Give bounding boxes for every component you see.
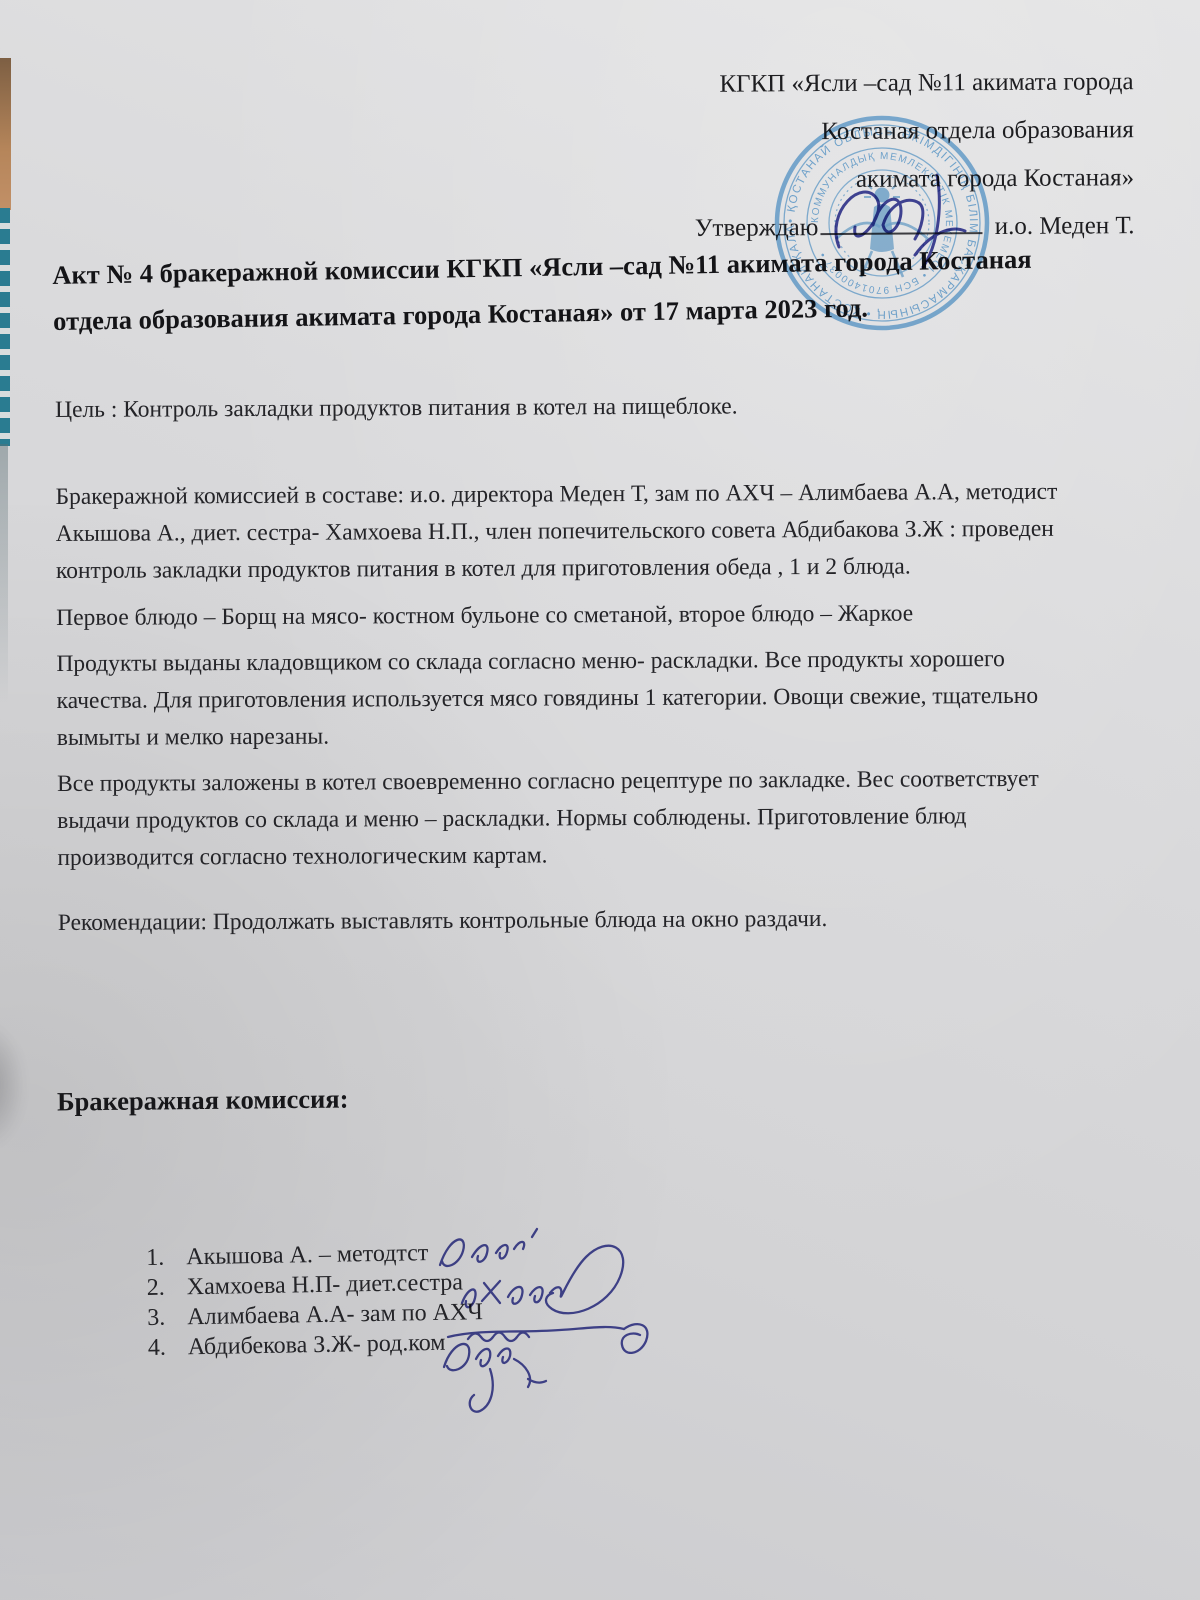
signature-member-3: [448, 1324, 647, 1353]
org-line-1: КГКП «Ясли –сад №11 акимата города: [533, 58, 1133, 110]
paragraph-compliance: Все продукты заложены в котел своевремен…: [57, 760, 1158, 877]
photo-background-strip-tan: [0, 58, 11, 210]
commission-heading: Бракеражная комиссия:: [57, 1083, 349, 1117]
paragraph-goal: Цель : Контроль закладки продуктов питан…: [55, 386, 1155, 429]
paragraph-products: Продукты выданы кладовщиком со склада со…: [56, 640, 1157, 757]
paragraph-commission-members: Бракеражной комиссией в составе: и.о. ди…: [55, 473, 1156, 590]
scanned-document-photo: • ҚОСТАНАЙ ОБЛЫСЫ ӘКІМДІГІНІҢ БІЛІМ БАСҚ…: [0, 0, 1200, 1600]
paragraph-recommendations: Рекомендации: Продолжать выставлять конт…: [58, 899, 1158, 942]
paper-edge-shadow: [0, 444, 8, 704]
paper-edge-smudge: [0, 1020, 26, 1150]
paragraph-dishes: Первое блюдо – Борщ на мясо- костном бул…: [56, 594, 1156, 637]
member-signatures: [410, 1225, 710, 1425]
document-body: Цель : Контроль закладки продуктов питан…: [55, 386, 1158, 942]
director-signature: [815, 165, 1020, 275]
signature-member-4: [444, 1344, 546, 1412]
photo-background-strip-teal: [0, 208, 10, 446]
signature-member-1: [440, 1229, 537, 1266]
